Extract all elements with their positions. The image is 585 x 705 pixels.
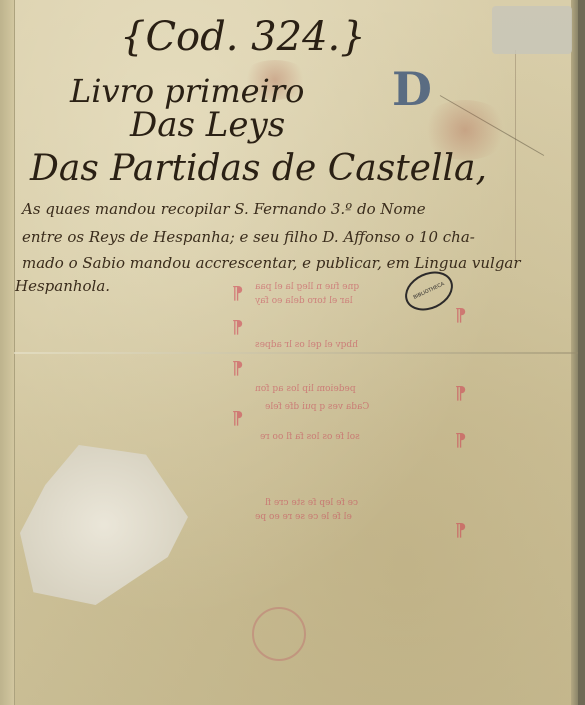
- rubric-mark: ¶: [455, 383, 466, 404]
- bleed-through-text: Cada ves q pui dfe fele: [265, 402, 369, 412]
- rubric-mark: ¶: [232, 358, 243, 379]
- shelfmark: {Cod. 324.}: [120, 14, 366, 60]
- rubric-mark: ¶: [455, 520, 466, 541]
- rubric-mark: ¶: [232, 283, 243, 304]
- bleed-through-text: pedeiom lip los aq fon: [255, 384, 356, 394]
- rubric-mark: ¶: [232, 317, 243, 338]
- binding-gutter: [0, 0, 15, 705]
- body-line: entre os Reys de Hespanha; e seu filho D…: [22, 228, 475, 246]
- body-line: As quaes mandou recopilar S. Fernando 3.…: [22, 200, 426, 218]
- rubric-mark: ¶: [232, 408, 243, 429]
- ruled-margin-line: [515, 50, 516, 260]
- blue-initial-letter: D: [392, 62, 432, 116]
- bleed-through-text: lar el toro dela eo fay: [255, 296, 353, 306]
- rubric-mark: ¶: [455, 305, 466, 326]
- bleed-through-text: sol fe os los fa fl oo re: [260, 432, 360, 442]
- bleed-through-text: ce fe lep fe ste cre fl: [265, 498, 358, 508]
- library-stamp: BIBLIOTHECA: [399, 264, 460, 318]
- page-fold-line: [14, 352, 578, 354]
- title-line-2: Das Leys: [130, 105, 285, 145]
- title-line-3: Das Partidas de Castella,: [30, 148, 487, 189]
- body-line: mado o Sabio mandou accrescentar, e publ…: [22, 254, 521, 272]
- bleed-through-text: hbqv el qel os lr adpes: [255, 340, 358, 350]
- faded-red-stamp: [252, 607, 306, 661]
- library-stamp-text: BIBLIOTHECA: [413, 281, 446, 301]
- paper-repair-patch-top: [492, 6, 572, 54]
- manuscript-page: qne fue n lleg la el paa lar el toro del…: [0, 0, 578, 705]
- bleed-through-text: qne fue n lleg la el paa: [255, 282, 359, 292]
- bleed-through-text: el fe le ce se re eo pe: [255, 512, 352, 522]
- paper-repair-patch: [20, 445, 188, 605]
- rubric-mark: ¶: [455, 430, 466, 451]
- body-line: Hespanhola.: [15, 277, 110, 295]
